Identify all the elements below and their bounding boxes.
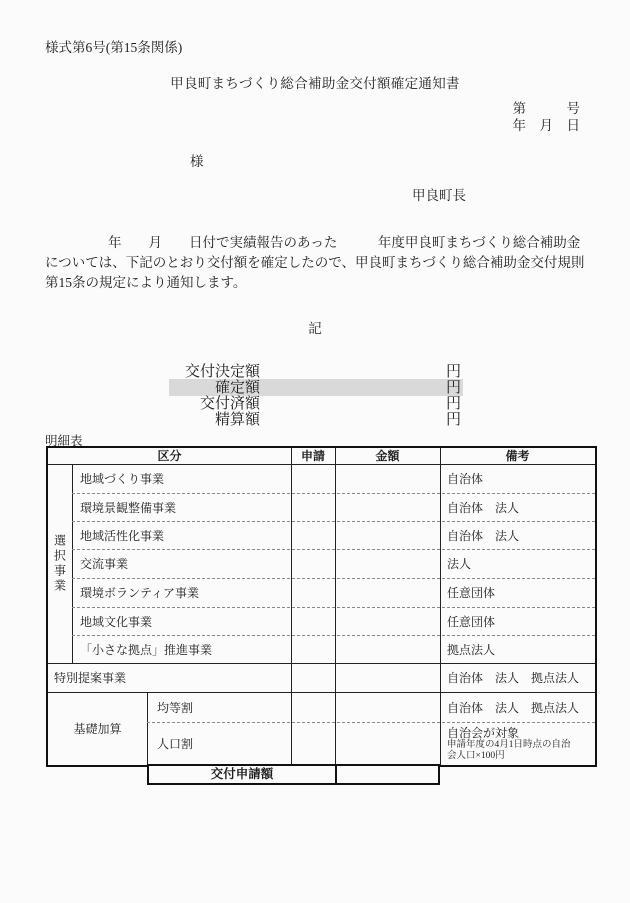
row-remarks-equal-split: 自治体 法人 拠点法人 (447, 692, 579, 722)
amount-label-paid: 交付済額 (80, 396, 260, 412)
document-page: { "page": { "form_no": "様式第6号(第15条関係)", … (0, 0, 630, 903)
group-label-selection: 選択事業 (48, 464, 72, 663)
row-remarks-community: 自治体 (447, 464, 483, 493)
row-remarks-small-base: 拠点法人 (447, 635, 495, 663)
row-remarks-population-split: 自治会が対象 申請年度の4月1日時点の自治会人口×100円 (447, 722, 577, 765)
row-label-exchange: 交流事業 (80, 549, 128, 578)
amount-unit-paid: 円 (446, 396, 461, 412)
row-label-volunteer: 環境ボランティア事業 (80, 578, 199, 607)
header-amount: 金額 (335, 448, 440, 464)
record-heading: 記 (0, 317, 630, 337)
row-label-special-proposal: 特別提案事業 (54, 663, 126, 692)
body-line-2: については、下記のとおり交付額を確定したので、甲良町まちづくり総合補助金交付規則 (45, 253, 590, 273)
grant-application-total-label: 交付申請額 (149, 766, 335, 783)
body-line-3: 第15条の規定により通知します。 (45, 273, 590, 293)
amount-unit-decided: 円 (446, 364, 461, 380)
recipient-suffix: 様 (190, 150, 204, 170)
amount-unit-confirmed: 円 (446, 380, 461, 396)
row-remarks-landscape: 自治体 法人 (447, 493, 519, 521)
row-label-equal-split: 均等割 (157, 692, 193, 722)
row-remarks-volunteer: 任意団体 (447, 578, 495, 607)
population-remark-main: 自治会が対象 (447, 726, 577, 740)
row-remarks-exchange: 法人 (447, 549, 471, 578)
row-label-revitalization: 地域活性化事業 (80, 521, 164, 549)
body-paragraph: 年 月 日付で実績報告のあった 年度甲良町まちづくり総合補助金 については、下記… (45, 233, 590, 293)
amount-label-decided: 交付決定額 (80, 364, 260, 380)
header-application: 申請 (291, 448, 335, 464)
group-label-base-addition: 基礎加算 (48, 692, 147, 765)
amount-label-confirmed: 確定額 (80, 380, 260, 396)
amount-label-settlement: 精算額 (80, 412, 260, 428)
detail-table: 区分 申請 金額 備考 選択事業 地域づくり事業 自治体 環境景観整備事業 自治… (46, 446, 597, 767)
table-divider-base-group (147, 692, 148, 765)
document-title: 甲良町まちづくり総合補助金交付額確定通知書 (0, 72, 630, 92)
grant-application-total-row: 交付申請額 (147, 764, 440, 785)
population-remark-note: 申請年度の4月1日時点の自治会人口×100円 (447, 740, 577, 762)
row-separator-dashed (72, 549, 595, 550)
row-remarks-special-proposal: 自治体 法人 拠点法人 (447, 663, 579, 692)
body-line-1: 年 月 日付で実績報告のあった 年度甲良町まちづくり総合補助金 (45, 233, 590, 253)
row-label-culture: 地域文化事業 (80, 607, 152, 635)
doc-number-date-block: 第 号 年 月 日 (513, 100, 581, 134)
row-label-small-base: 「小さな拠点」推進事業 (80, 635, 212, 663)
row-remarks-revitalization: 自治体 法人 (447, 521, 519, 549)
doc-date-line: 年 月 日 (513, 117, 581, 134)
total-row-divider (335, 766, 337, 783)
row-label-population-split: 人口割 (157, 722, 193, 765)
header-category: 区分 (48, 448, 291, 464)
doc-number-line: 第 号 (513, 100, 581, 117)
form-number: 様式第6号(第15条関係) (45, 36, 182, 56)
row-remarks-culture: 任意団体 (447, 607, 495, 635)
row-label-community: 地域づくり事業 (80, 464, 164, 493)
amount-unit-settlement: 円 (446, 412, 461, 428)
sender-title: 甲良町長 (412, 184, 466, 204)
row-label-landscape: 環境景観整備事業 (80, 493, 176, 521)
header-remarks: 備考 (440, 448, 595, 464)
